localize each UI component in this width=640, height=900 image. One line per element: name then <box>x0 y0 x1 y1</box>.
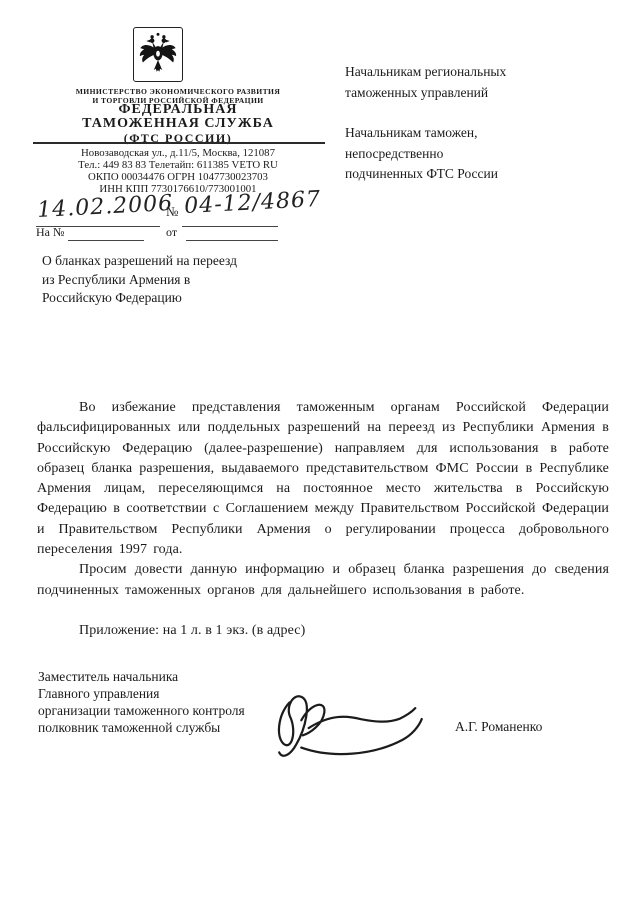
letterhead-phone: Тел.: 449 83 83 Телетайп: 611385 VETO RU <box>30 159 326 171</box>
addressee-line: Начальникам региональных <box>345 62 615 83</box>
signature-handwritten-icon <box>267 681 441 761</box>
letter-body: Во избежание представления таможенным ор… <box>37 398 609 641</box>
addressee-line: подчиненных ФТС России <box>345 164 615 185</box>
addressee-block-regional: Начальникам региональных таможенных упра… <box>345 62 615 103</box>
addressee-line: Начальникам таможен, <box>345 123 615 144</box>
attachment-note: Приложение: на 1 л. в 1 экз. (в адрес) <box>37 621 609 641</box>
agency-name-line2: ТАМОЖЕННАЯ СЛУЖБА <box>30 117 326 131</box>
number-sign: № <box>166 204 178 220</box>
body-paragraph-2: Просим довести данную информацию и образ… <box>37 560 609 601</box>
coat-of-arms-eagle-icon <box>133 27 183 82</box>
subject-line: О бланках разрешений на переезд <box>42 252 322 271</box>
signer-name: А.Г. Романенко <box>455 719 542 735</box>
document-page: МИНИСТЕРСТВО ЭКОНОМИЧЕСКОГО РАЗВИТИЯ И Т… <box>0 0 640 900</box>
signer-position-line: полковник таможенной службы <box>38 719 298 736</box>
agency-name-line1: ФЕДЕРАЛЬНАЯ <box>30 103 326 117</box>
addressee-line: непосредственно <box>345 144 615 165</box>
addressee-line: таможенных управлений <box>345 83 615 104</box>
reply-number-underline <box>68 240 144 241</box>
signer-position-line: Заместитель начальника <box>38 668 298 685</box>
signer-position-line: Главного управления <box>38 685 298 702</box>
reply-from-label: от <box>166 225 177 240</box>
letter-date-handwritten: 14.02.2006 <box>37 191 174 223</box>
signer-position: Заместитель начальника Главного управлен… <box>38 668 298 736</box>
addressee-block-customs: Начальникам таможен, непосредственно под… <box>345 123 615 185</box>
signer-position-line: организации таможенного контроля <box>38 702 298 719</box>
reply-date-underline <box>186 240 278 241</box>
letterhead-address: Новозаводская ул., д.11/5, Москва, 12108… <box>30 147 326 159</box>
body-paragraph-1: Во избежание представления таможенным ор… <box>37 398 609 560</box>
letterhead-divider <box>33 142 325 144</box>
ministry-name-line1: МИНИСТЕРСТВО ЭКОНОМИЧЕСКОГО РАЗВИТИЯ <box>30 87 326 96</box>
letter-subject: О бланках разрешений на переезд из Респу… <box>42 252 322 308</box>
subject-line: из Республики Армения в <box>42 271 322 290</box>
reply-to-number-label: На № <box>36 225 64 240</box>
subject-line: Российскую Федерацию <box>42 289 322 308</box>
number-underline <box>182 226 278 227</box>
letterhead-okpo-ogrn: ОКПО 00034476 ОГРН 1047730023703 <box>30 171 326 183</box>
